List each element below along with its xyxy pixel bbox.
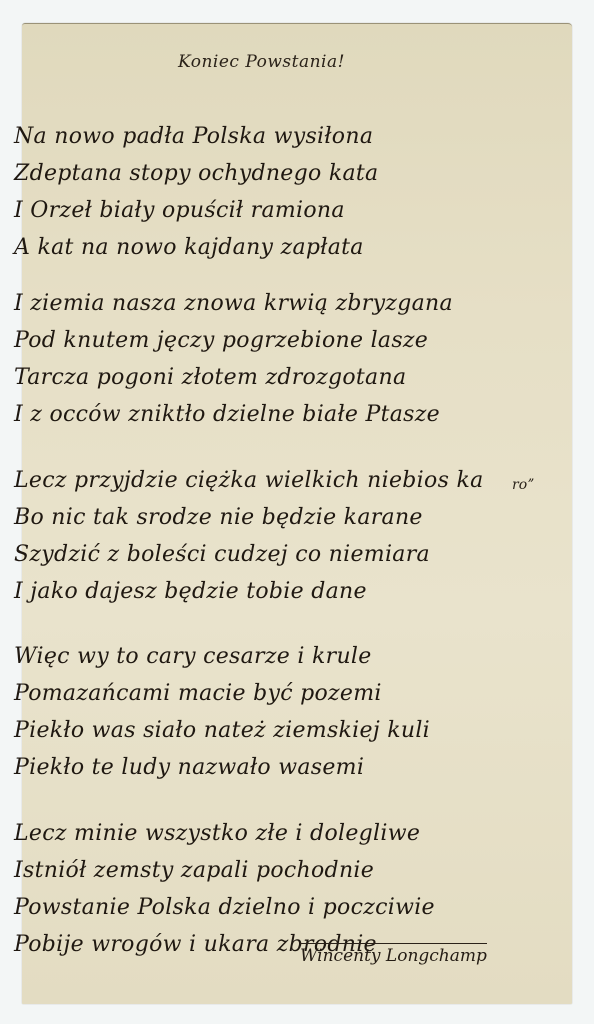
poem-line: Piekło te ludy nazwało wasemi: [14, 749, 554, 786]
stanza-3: Lecz przyjdzie ciężka wielkich niebios k…: [14, 462, 554, 610]
stanza-1: Na nowo padła Polska wysiłona Zdeptana s…: [14, 118, 554, 266]
author-signature: Wincenty Longchamp: [300, 943, 487, 966]
interlinear-correction: roˮ: [512, 477, 534, 493]
stanza-4: Więc wy to cary cesarze i krule Pomazańc…: [14, 638, 554, 786]
poem-line: Tarcza pogoni złotem zdrozgotana: [14, 359, 554, 396]
poem-line: Lecz minie wszystko złe i dolegliwe: [14, 815, 554, 852]
poem-line: I z occów zniktło dzielne białe Ptasze: [14, 396, 554, 433]
poem-title: Koniec Powstania!: [178, 52, 418, 72]
poem-line: A kat na nowo kajdany zapłata: [14, 229, 554, 266]
stanza-5: Lecz minie wszystko złe i dolegliwe Istn…: [14, 815, 554, 963]
poem-line: Istniół zemsty zapali pochodnie: [14, 852, 554, 889]
poem-line: Lecz przyjdzie ciężka wielkich niebios k…: [14, 462, 554, 499]
poem-line: Pod knutem jęczy pogrzebione lasze: [14, 322, 554, 359]
poem-line: Na nowo padła Polska wysiłona: [14, 118, 554, 155]
poem-line: Zdeptana stopy ochydnego kata: [14, 155, 554, 192]
poem-line: I Orzeł biały opuścił ramiona: [14, 192, 554, 229]
stanza-2: I ziemia nasza znowa krwią zbryzgana Pod…: [14, 285, 554, 433]
poem-line: Pomazańcami macie być pozemi: [14, 675, 554, 712]
poem-line: Powstanie Polska dzielno i poczciwie: [14, 889, 554, 926]
poem-line: I ziemia nasza znowa krwią zbryzgana: [14, 285, 554, 322]
poem-line: Bo nic tak srodze nie będzie karane: [14, 499, 554, 536]
poem-line: I jako dajesz będzie tobie dane: [14, 573, 554, 610]
poem-line: Piekło was siało nateż ziemskiej kuli: [14, 712, 554, 749]
poem-line: Więc wy to cary cesarze i krule: [14, 638, 554, 675]
poem-line: Szydzić z boleści cudzej co niemiara: [14, 536, 554, 573]
